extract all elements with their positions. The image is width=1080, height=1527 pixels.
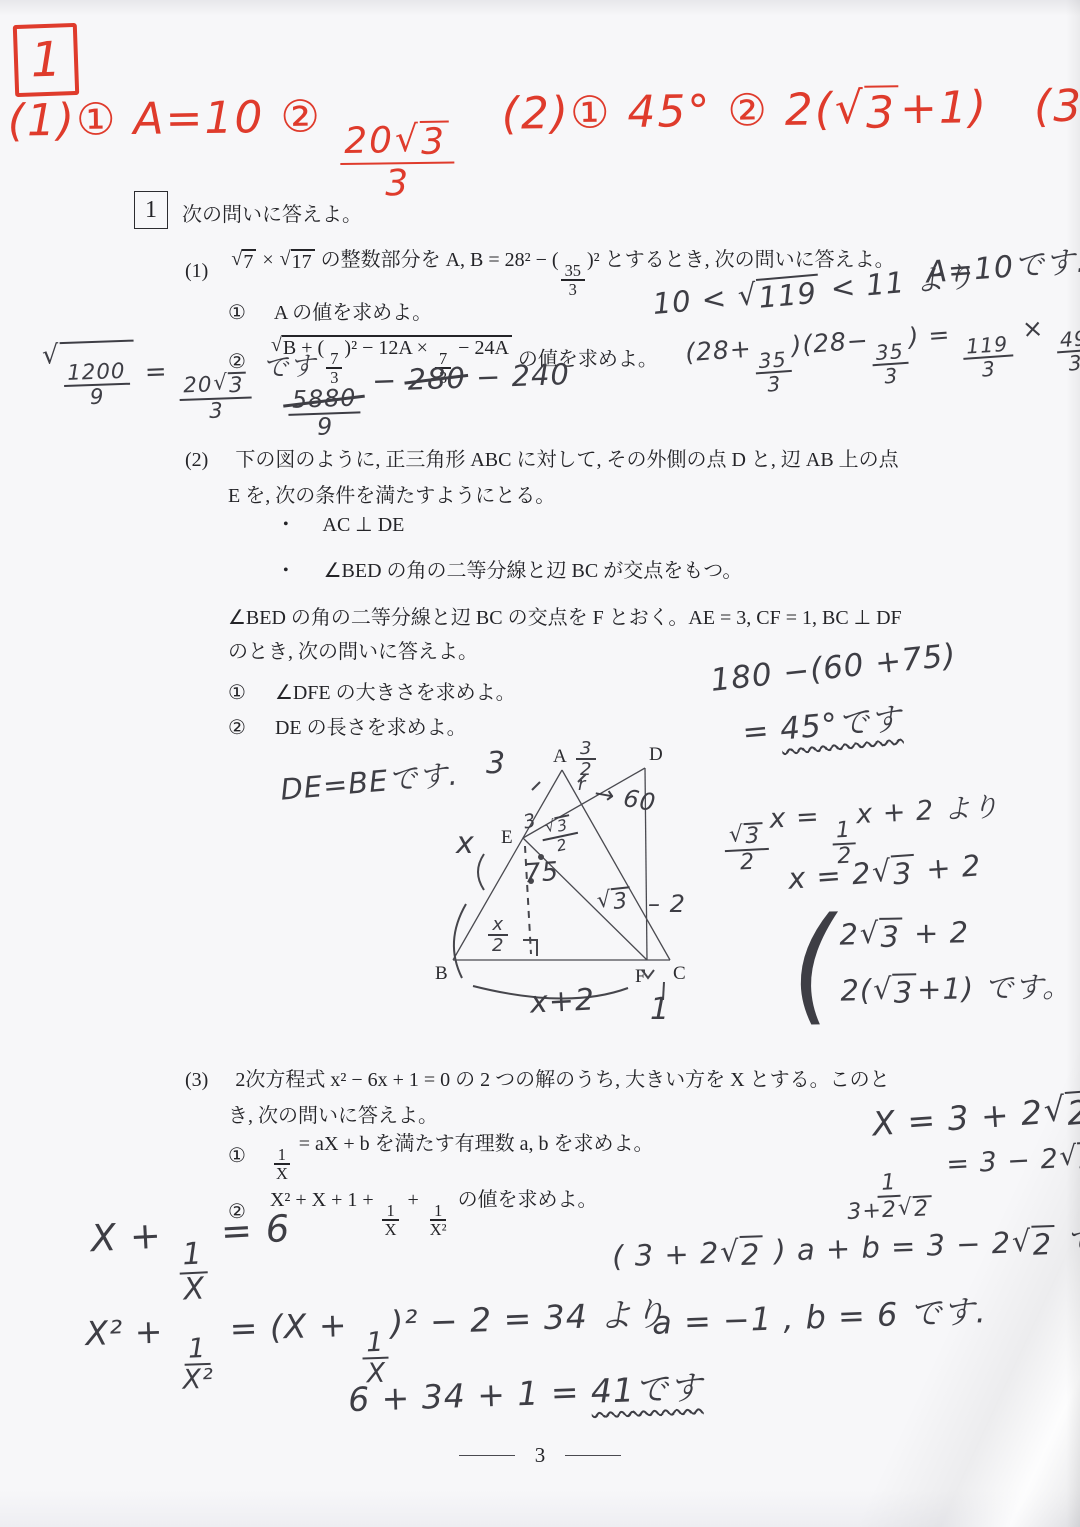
q2-para-line2: のとき, 次の問いに答えよ。 [228, 635, 478, 664]
problem-intro: 次の問いに答えよ。 [182, 198, 362, 227]
red-answers-line: (1)① A=10 ② 20√33 (2)① 45° ② 2(√3+1) (3)… [7, 63, 1080, 208]
q2-label: (2) [185, 449, 208, 472]
q2-sub2-marker: ② [228, 715, 246, 740]
hand-sum-identity-1: X + 1X = 6 [90, 1207, 294, 1312]
hand-sqrt-calc: √12009 = 20√33 です [41, 333, 319, 428]
q1-sub1-text: A の値を求めよ。 [274, 302, 432, 324]
q1-sub1-marker: ① [228, 300, 246, 325]
q2-sub1-text: ∠DFE の大きさを求めよ。 [275, 682, 516, 704]
q2-stem-line1: 下の図のように, 正三角形 ABC に対して, その外側の点 D と, 辺 AB… [235, 449, 898, 471]
vertex-label-F: F [635, 966, 646, 987]
red-problem-number: 1 [30, 31, 62, 88]
figure-ann-r-mark: r [578, 774, 586, 795]
hand-expansion: (28+353)(28−353) = 1193 × 493 [684, 310, 1080, 402]
q3-stem-line2: き, 次の問いに答えよ。 [228, 1099, 438, 1128]
figure-ann-df-length: √3 [595, 886, 634, 917]
q2-sub1-marker: ① [228, 680, 246, 705]
vertex-label-B: B [435, 963, 448, 984]
problem-number: 1 [145, 197, 157, 224]
bullet-icon: • [283, 562, 289, 580]
q3-stem-row: (3) 2次方程式 x² − 6x + 1 = 0 の 2 つの解のうち, 大き… [185, 1063, 890, 1092]
q2-sub2-text: DE の長さを求めよ。 [275, 717, 467, 739]
q2-sub2-row: ② DE の長さを求めよ。 [228, 711, 467, 740]
geometry-figure: A D E B C F 3 32 → 60 r 3√32 75 x x2 √3 … [428, 742, 698, 1042]
page-edge-shading [1066, 0, 1080, 1527]
q3-sub1-text: 1X = aX + b を満たす有理数 a, b を求めよ。 [270, 1127, 654, 1183]
vertex-label-E: E [501, 827, 513, 848]
brace-line1: 2√3 + 2 [839, 913, 1071, 954]
figure-ann-fc-length: 1 [650, 992, 670, 1027]
page-footer: 3 [0, 1443, 1080, 1468]
footer-rule-right [565, 1455, 621, 1457]
q3-sub2-text: X² + X + 1 + 1X + 1X² の値を求めよ。 [270, 1183, 598, 1239]
vertex-label-C: C [673, 963, 686, 984]
q2-bullet2-text: ∠BED の角の二等分線と辺 BC が交点をもつ。 [324, 560, 743, 582]
hand-linear-equation: ( 3 + 2√2 ) a + b = 3 − 2√2 で [611, 1218, 1080, 1277]
figure-ann-angle-75: 75 [523, 857, 560, 889]
q3-sub1-row: ① 1X = aX + b を満たす有理数 a, b を求めよ。 [228, 1126, 654, 1184]
bullet-icon: • [283, 516, 289, 534]
q2-stem-row: (2) 下の図のように, 正三角形 ABC に対して, その外側の点 D と, … [185, 443, 899, 472]
vertex-label-A: A [553, 746, 567, 767]
brace-line2: 2(√3+1) です。 [840, 964, 1072, 1010]
q3-stem-line1: 2次方程式 x² − 6x + 1 = 0 の 2 つの解のうち, 大きい方を … [235, 1069, 889, 1091]
q2-stem-line2: E を, 次の条件を満たすようにとる。 [228, 479, 555, 508]
hand-angle-answer: = 45°です [740, 693, 903, 752]
q2-para-line1: ∠BED の角の二等分線と辺 BC の交点を F とおく。AE = 3, CF … [228, 601, 902, 630]
footer-rule-left [459, 1455, 515, 1457]
q1-sub1-row: ① A の値を求めよ。 [228, 296, 432, 325]
hand-answer-brace-group: ( 2√3 + 2 2(√3+1) です。 [791, 896, 1073, 1029]
q2-bullet1-text: AC ⊥ DE [323, 514, 405, 536]
page-number: 3 [535, 1443, 546, 1468]
figure-ann-x-half: x2 [486, 900, 510, 956]
figure-ann-a-half: 32 [574, 724, 598, 780]
figure-ann-ae-length: 3 [486, 746, 506, 781]
hand-ab-answer: a = −1 , b = 6 です. [651, 1286, 987, 1344]
q2-bullet1: • AC ⊥ DE [283, 512, 404, 537]
hand-subtraction-calc: 58809 − 280 − 240 [285, 357, 572, 441]
figure-ann-dc-length: – 2 [648, 890, 686, 918]
q2-bullet2: • ∠BED の角の二等分線と辺 BC が交点をもつ。 [283, 554, 742, 583]
q3-sub1-marker: ① [228, 1143, 246, 1168]
problem-number-box: 1 [134, 191, 168, 229]
vertex-label-D: D [649, 744, 663, 765]
hand-reciprocal-calc: 13+2√2 = 3 − 2√2 [838, 1141, 1080, 1226]
q3-label: (3) [185, 1069, 208, 1092]
figure-ann-bf-length: x+2 [529, 982, 596, 1020]
q2-sub1-row: ① ∠DFE の大きさを求めよ。 [228, 676, 516, 705]
brace-paren: ( [791, 890, 837, 1038]
hand-angle-calc: 180 −(60 +75) [709, 637, 958, 699]
figure-ann-x: x [456, 826, 475, 861]
hand-a-value: A=10です. [925, 236, 1080, 291]
hand-x-value: X = 3 + 2√2 です [871, 1078, 1080, 1147]
q1-label: (1) [185, 260, 208, 283]
exam-page: 1 (1)① A=10 ② 20√33 (2)① 45° ② 2(√3+1) (… [0, 0, 1080, 1527]
